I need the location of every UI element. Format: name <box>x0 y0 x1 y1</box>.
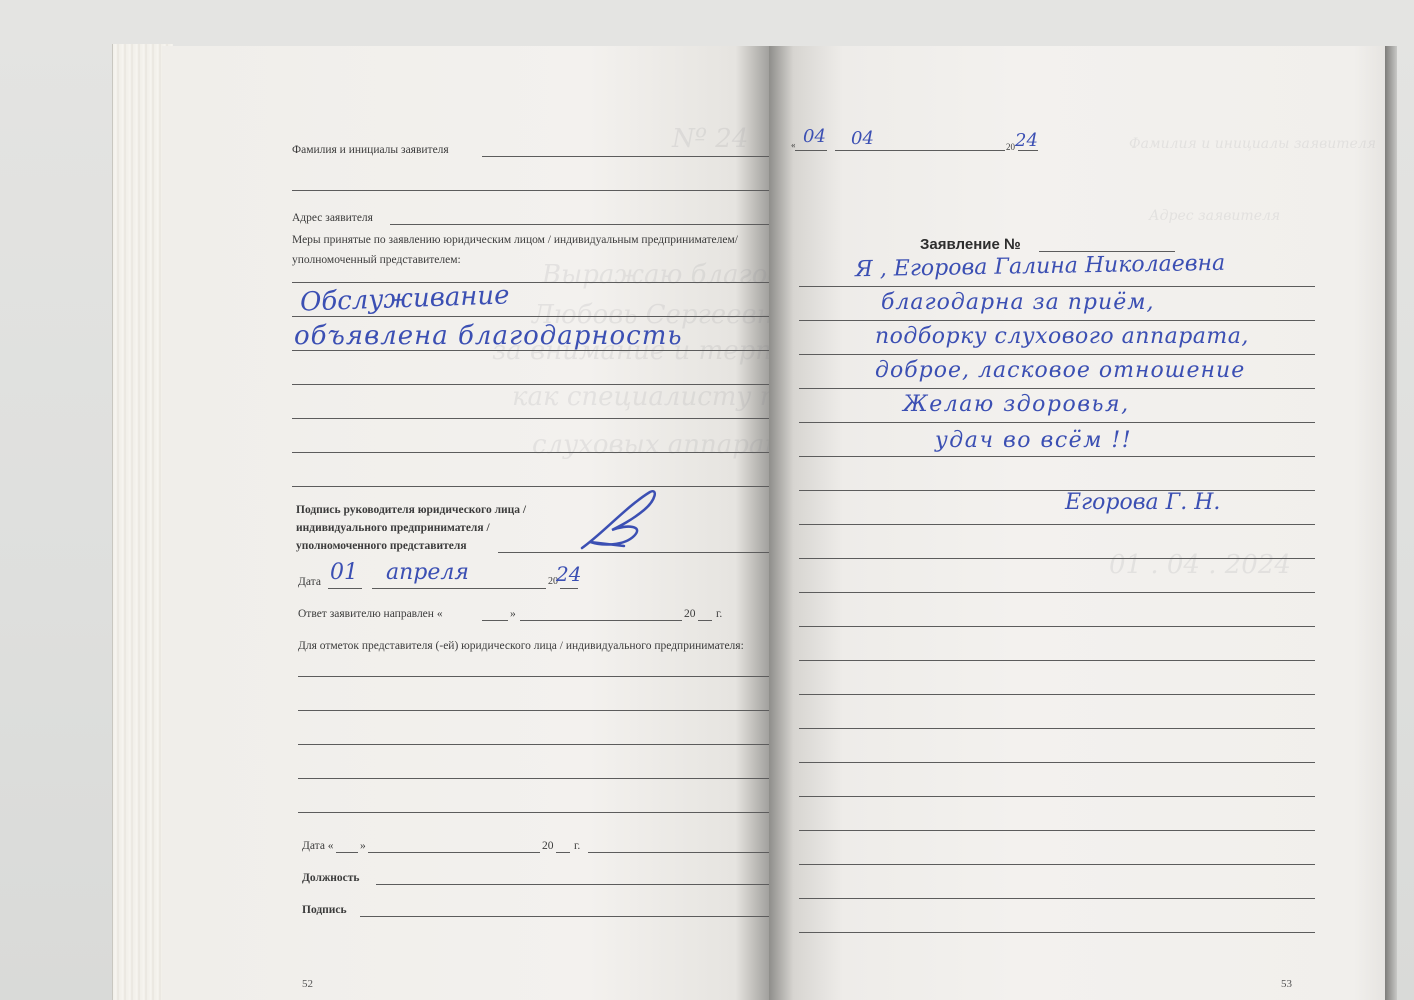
statement-handwritten-line: доброе, ласковое отношение <box>875 358 1245 383</box>
statement-line[interactable] <box>799 830 1315 831</box>
measures-line[interactable] <box>292 282 772 283</box>
measures-label: Меры принятые по заявлению юридическим л… <box>292 234 738 246</box>
notes-line[interactable] <box>298 778 772 779</box>
show-through-text: Фамилия и инициалы заявителя <box>1129 136 1376 152</box>
date-label: Дата <box>298 576 321 588</box>
response-year-field[interactable] <box>698 620 712 621</box>
book-edge-shadow <box>1385 46 1397 1000</box>
signature-label: Подпись <box>302 904 347 916</box>
right-page: Фамилия и инициалы заявителя Адрес заяви… <box>769 46 1385 1000</box>
address-label: Адрес заявителя <box>292 212 373 224</box>
measures-handwritten-2: объявлена благодарность <box>294 321 683 351</box>
statement-line[interactable] <box>799 422 1315 423</box>
measures-line[interactable] <box>292 316 772 317</box>
date-year-field[interactable] <box>560 588 578 589</box>
measures-line[interactable] <box>292 418 772 419</box>
date-year-handwritten: 24 <box>556 562 581 586</box>
measures-handwritten-1: Обслуживание <box>300 280 510 317</box>
statement-date-month-handwritten: 04 <box>851 128 874 149</box>
statement-line[interactable] <box>799 694 1315 695</box>
statement-line[interactable] <box>799 796 1315 797</box>
statement-line[interactable] <box>799 626 1315 627</box>
statement-line[interactable] <box>799 286 1315 287</box>
position-label: Должность <box>302 872 360 884</box>
statement-handwritten-line: подборку слухового аппарата, <box>875 324 1249 349</box>
applicant-name-label: Фамилия и инициалы заявителя <box>292 144 449 156</box>
head-signature-mark <box>572 486 662 556</box>
statement-handwritten-line: благодарна за приём, <box>881 290 1154 315</box>
show-through-text: Nº 24 <box>672 124 748 154</box>
footer-date-day-field[interactable] <box>336 852 358 853</box>
head-signature-label-1: Подпись руководителя юридического лица / <box>296 504 526 516</box>
statement-line[interactable] <box>799 898 1315 899</box>
date-month-handwritten: апреля <box>386 560 469 585</box>
measures-label-cont: уполномоченный представителем: <box>292 254 461 266</box>
notes-line[interactable] <box>298 744 772 745</box>
page-number-left: 52 <box>302 978 313 990</box>
statement-line[interactable] <box>799 728 1315 729</box>
statement-line[interactable] <box>799 592 1315 593</box>
response-month-field[interactable] <box>520 620 682 621</box>
response-day-field[interactable] <box>482 620 508 621</box>
statement-title: Заявление № <box>920 236 1021 253</box>
statement-line[interactable] <box>799 932 1315 933</box>
statement-handwritten-signature: Егорова Г. Н. <box>1065 490 1220 515</box>
footer-year-prefix: 20 <box>542 840 554 852</box>
head-signature-label-2: индивидуального предпринимателя / <box>296 522 490 534</box>
footer-extra-field[interactable] <box>588 852 772 853</box>
applicant-name-field[interactable] <box>482 156 772 157</box>
date-month-field[interactable] <box>372 588 546 589</box>
response-label: Ответ заявителю направлен « <box>298 608 443 620</box>
footer-year-field[interactable] <box>556 852 570 853</box>
statement-line[interactable] <box>799 388 1315 389</box>
address-field[interactable] <box>390 224 772 225</box>
open-book: Nº 24 Выражаю благодарность Любовь Серге… <box>104 38 1394 1000</box>
date-quote-open: « <box>791 140 796 150</box>
statement-line[interactable] <box>799 354 1315 355</box>
response-year-prefix: 20 <box>684 608 696 620</box>
footer-date-label: Дата « <box>302 840 334 852</box>
statement-year-prefix: 20 <box>1006 142 1015 152</box>
statement-handwritten-line: Я , Егорова Галина Николаевна <box>855 251 1226 282</box>
date-day-handwritten: 01 <box>330 560 358 585</box>
response-quote: » <box>510 608 516 620</box>
measures-line[interactable] <box>292 486 772 487</box>
show-through-text: 01 . 04 . 2024 <box>1109 550 1291 580</box>
signature-field[interactable] <box>360 916 772 917</box>
statement-line[interactable] <box>799 660 1315 661</box>
notes-line[interactable] <box>298 812 772 813</box>
statement-date-day-handwritten: 04 <box>803 126 826 147</box>
footer-year-unit: г. <box>574 840 580 852</box>
date-day-field[interactable] <box>328 588 362 589</box>
statement-date-month-field[interactable] <box>835 150 1005 151</box>
statement-date-day-field[interactable] <box>795 150 827 151</box>
statement-line[interactable] <box>799 864 1315 865</box>
statement-line[interactable] <box>799 558 1315 559</box>
notes-line[interactable] <box>298 710 772 711</box>
statement-line[interactable] <box>799 320 1315 321</box>
applicant-name-field-cont[interactable] <box>292 190 772 191</box>
response-year-unit: г. <box>716 608 722 620</box>
statement-line[interactable] <box>799 524 1315 525</box>
notes-line[interactable] <box>298 676 772 677</box>
page-number-right: 53 <box>1281 978 1292 990</box>
left-page: Nº 24 Выражаю благодарность Любовь Серге… <box>162 46 772 1000</box>
statement-handwritten-line: удач во всём !! <box>935 428 1132 453</box>
statement-line[interactable] <box>799 762 1315 763</box>
statement-date-year-handwritten: 24 <box>1015 130 1038 151</box>
measures-line[interactable] <box>292 384 772 385</box>
footer-date-month-field[interactable] <box>368 852 540 853</box>
statement-line[interactable] <box>799 456 1315 457</box>
footer-date-quote: » <box>360 840 366 852</box>
statement-handwritten-line: Желаю здоровья, <box>903 392 1130 417</box>
statement-line[interactable] <box>799 490 1315 491</box>
measures-line[interactable] <box>292 452 772 453</box>
show-through-text: Адрес заявителя <box>1149 208 1280 224</box>
notes-label: Для отметок представителя (-ей) юридичес… <box>298 640 744 652</box>
position-field[interactable] <box>376 884 772 885</box>
head-signature-label-3: уполномоченного представителя <box>296 540 467 552</box>
